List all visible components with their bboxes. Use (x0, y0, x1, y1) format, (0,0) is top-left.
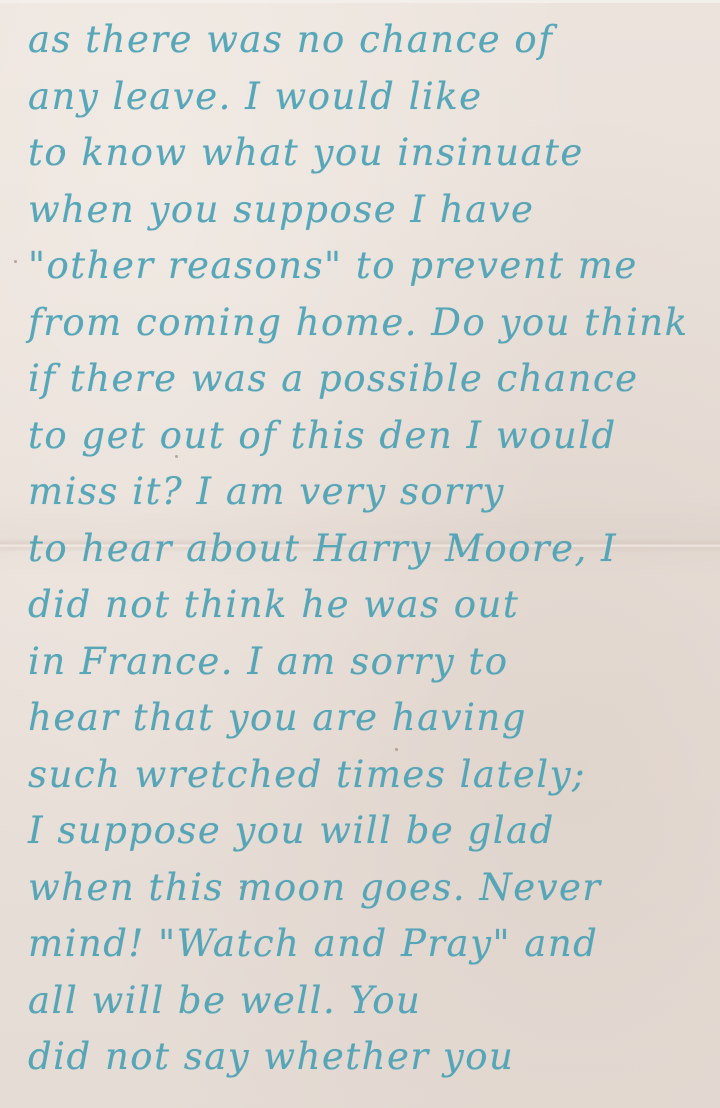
letter-page: as there was no chance of any leave. I w… (0, 0, 720, 1108)
letter-line: in France. I am sorry to (28, 634, 708, 691)
letter-line: "other reasons" to prevent me (28, 238, 708, 295)
letter-line: all will be well. You (28, 973, 708, 1030)
letter-line: from coming home. Do you think (28, 295, 708, 352)
letter-line: if there was a possible chance (28, 351, 708, 408)
letter-line: as there was no chance of (28, 12, 708, 69)
letter-line: to know what you insinuate (28, 125, 708, 182)
letter-line: when you suppose I have (28, 182, 708, 239)
letter-line: mind! "Watch and Pray" and (28, 916, 708, 973)
letter-line: I suppose you will be glad (28, 803, 708, 860)
letter-line: when this moon goes. Never (28, 860, 708, 917)
letter-line: to hear about Harry Moore, I (28, 521, 708, 578)
letter-line: did not think he was out (28, 577, 708, 634)
letter-text: as there was no chance of any leave. I w… (28, 12, 708, 1086)
letter-line: hear that you are having (28, 690, 708, 747)
paper-speck (14, 260, 17, 263)
letter-line: miss it? I am very sorry (28, 464, 708, 521)
letter-line: any leave. I would like (28, 69, 708, 126)
letter-line: did not say whether you (28, 1029, 708, 1086)
paper-top-edge (0, 0, 720, 3)
letter-line: to get out of this den I would (28, 408, 708, 465)
letter-line: such wretched times lately; (28, 747, 708, 804)
